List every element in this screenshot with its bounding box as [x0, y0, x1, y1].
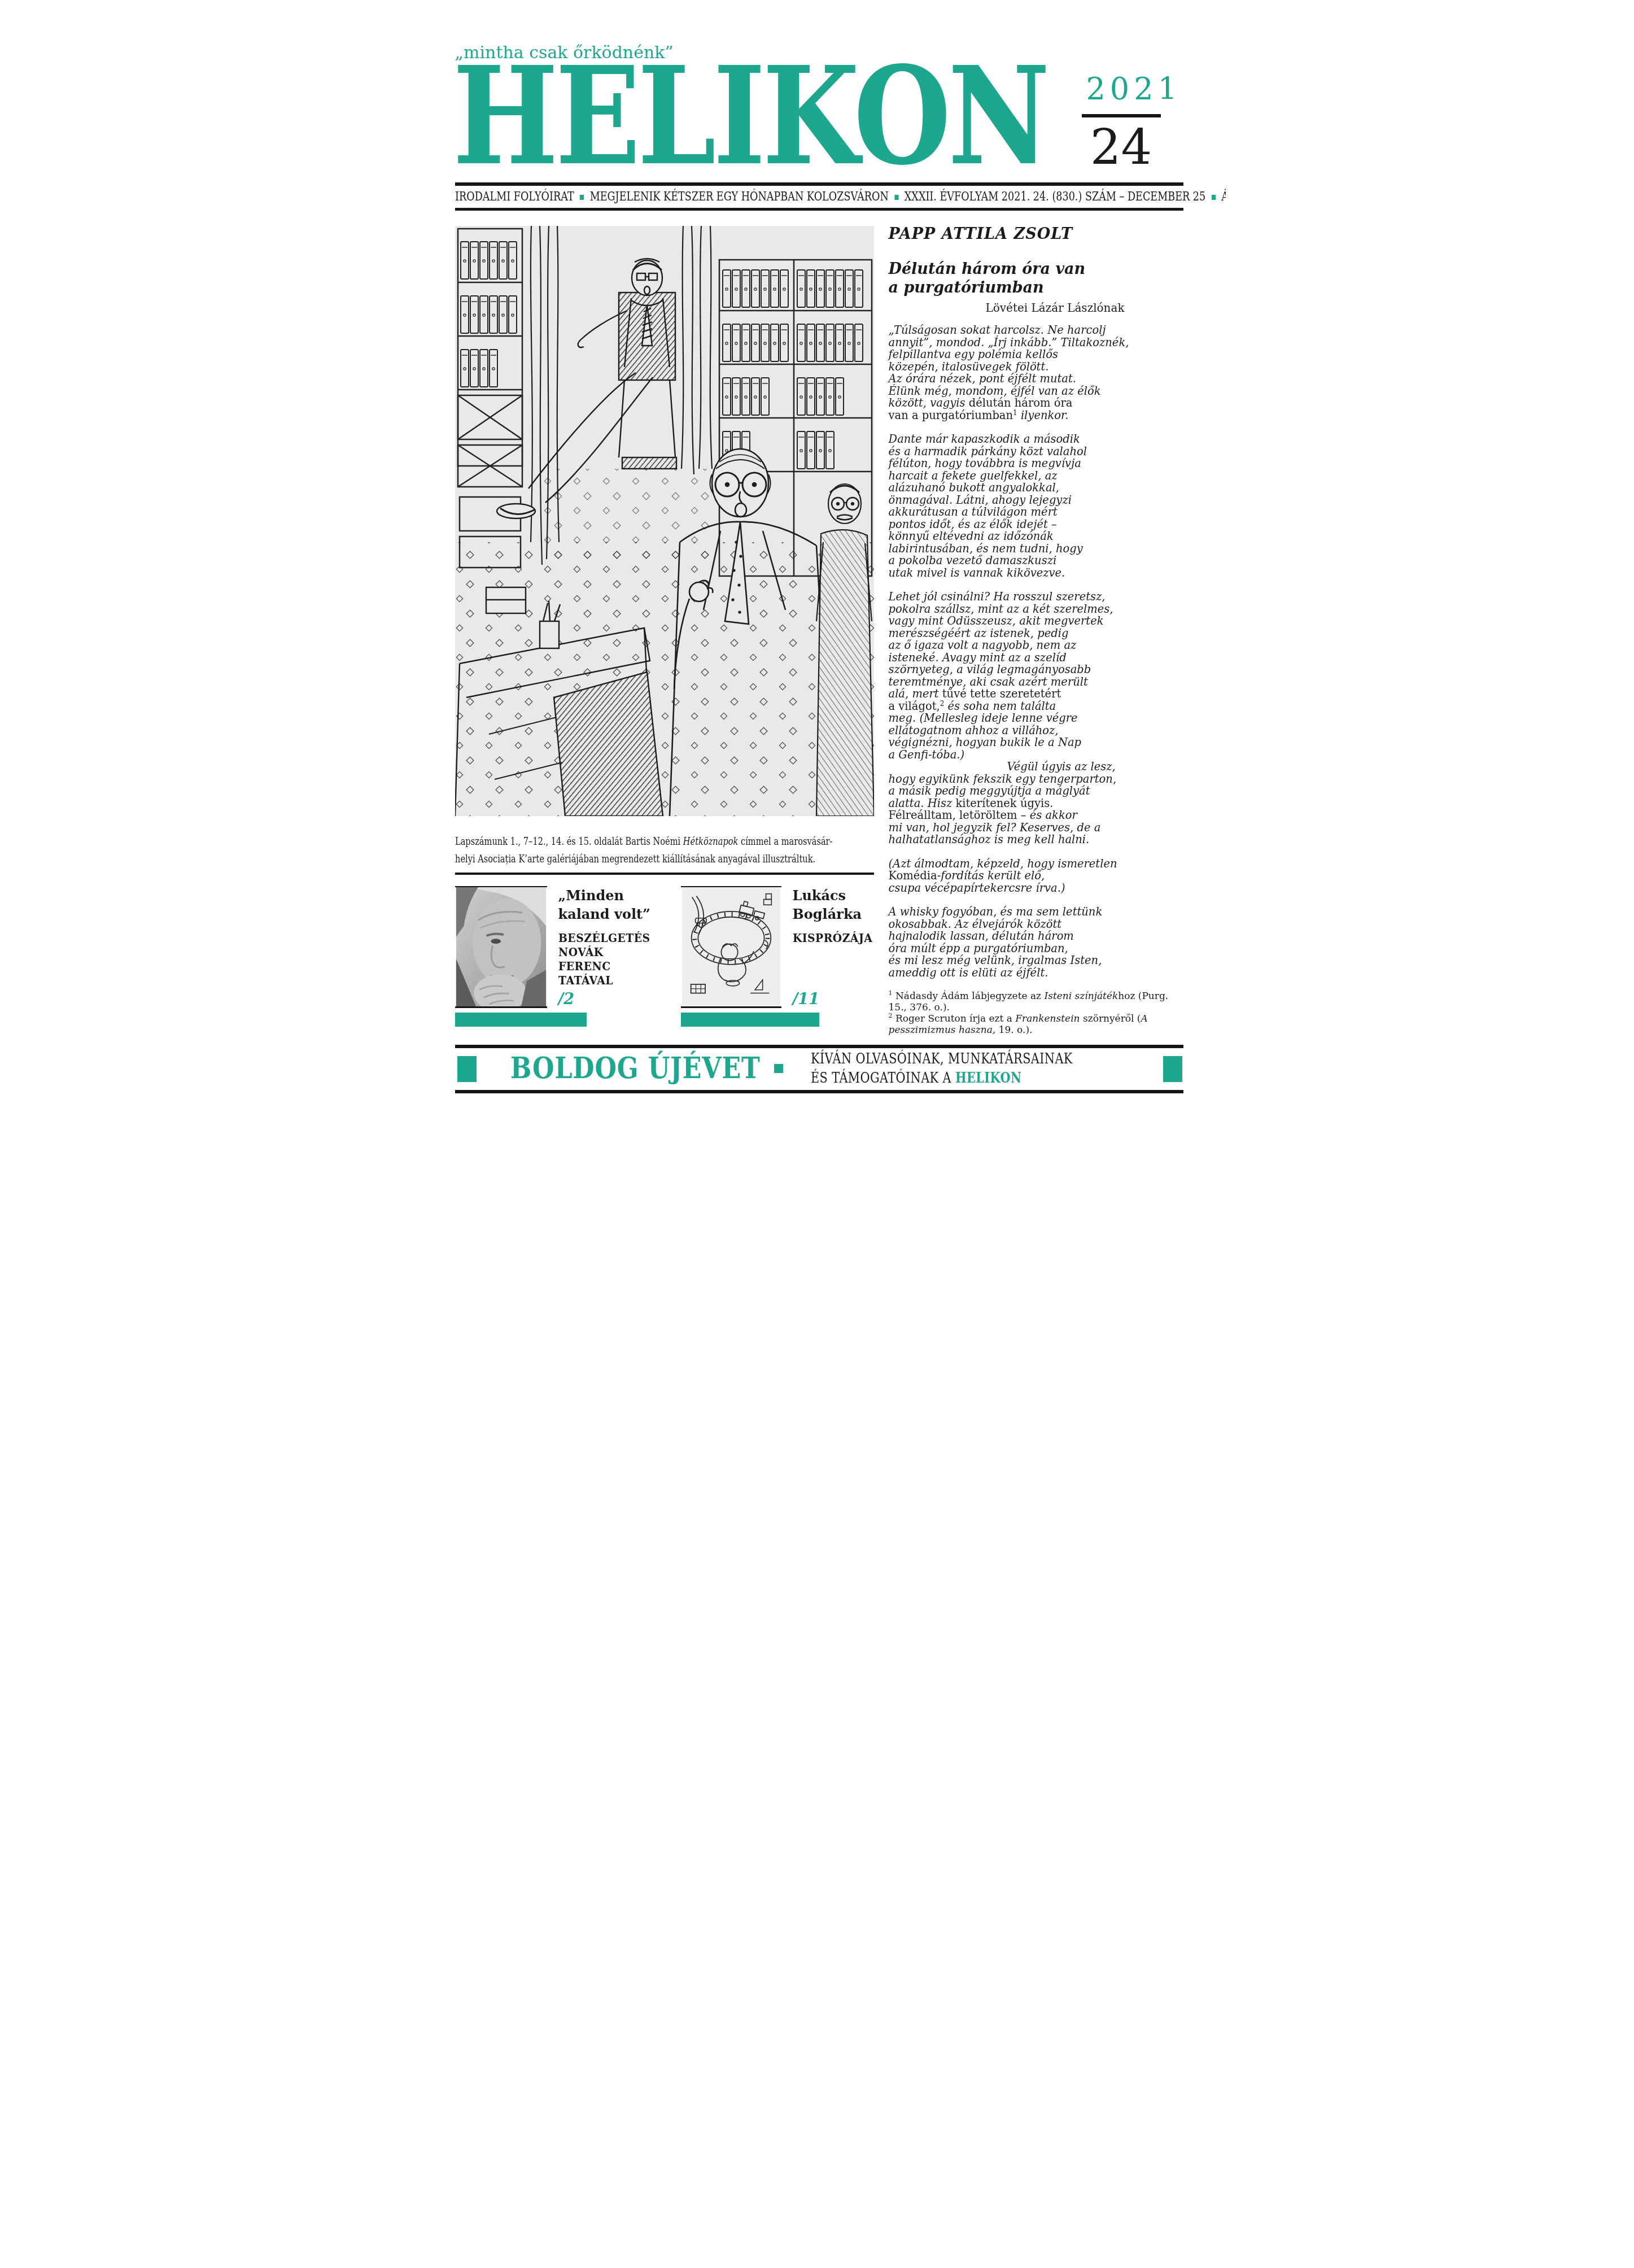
teaser-lukacs-page-ref: /11 — [793, 991, 877, 1008]
teaser-quote-line1: „Minden — [558, 886, 681, 905]
poem-line: a másik pedig meggyújtja a máglyát — [889, 785, 1183, 797]
poem-line: hajnalodik lassan, délután három — [889, 930, 1183, 943]
poem-line: mi van, hol jegyzik fel? Keserves, de a — [889, 822, 1183, 834]
poem-line: Végül úgyis az lesz, — [889, 761, 1183, 773]
poem-line: óra múlt épp a purgatóriumban, — [889, 943, 1183, 955]
teal-bars — [455, 1013, 874, 1027]
poem-line: közepén, italosüvegek fölött. — [889, 361, 1183, 373]
footer-message: KÍVÁN OLVASÓINAK, MUNKATÁRSAINAK ÉS TÁMO… — [811, 1049, 1138, 1088]
poem-line: A whisky fogyóban, és ma sem lettünk — [889, 906, 1183, 918]
poem: „Túlságosan sokat harcolsz. Ne harcoljan… — [889, 324, 1183, 979]
poem-line: között, vagyis délután három óra — [889, 397, 1183, 409]
teaser-novak-lines: BESZÉLGETÉSNOVÁKFERENCTATÁVAL — [558, 931, 681, 988]
poem-line: alá, mert tűvé tette szeretetért — [889, 688, 1183, 700]
separator-square-icon — [580, 195, 584, 200]
poem-line: okosabbak. Az élvejárók között — [889, 918, 1183, 931]
teaser-title-line: TATÁVAL — [558, 974, 674, 988]
teal-bar-gap — [587, 1013, 681, 1027]
portrait-photo — [455, 887, 547, 1006]
teaser-genre: KISPRÓZÁJA — [793, 931, 872, 945]
footer-brand: HELIKON — [955, 1070, 1021, 1087]
teaser-title-line: FERENC — [558, 959, 674, 974]
footer-accent-left — [457, 1056, 477, 1082]
teaser-lukacs-text: Lukács Boglárka KISPRÓZÁJA /11 — [781, 886, 877, 1008]
footer-bullet-icon — [774, 1064, 783, 1073]
teaser-quote-line2: kaland volt” — [558, 905, 681, 923]
footnote: 2 Roger Scruton írja ezt a Frankenstein … — [889, 1013, 1183, 1036]
teaser-title-line: NOVÁK — [558, 945, 674, 959]
poem-line: hogy egyikünk fekszik egy tengerparton, — [889, 773, 1183, 786]
footer-accent-right — [1163, 1056, 1182, 1082]
poem-line: önmagával. Látni, ahogy lejegyzi — [889, 494, 1183, 507]
issue-block: 2021 24 — [1082, 72, 1161, 172]
poem-line: pontos időt, és az élők idejét – — [889, 518, 1183, 531]
poem-line: halhatatlansághoz is meg kell halni. — [889, 834, 1183, 846]
teaser-novak-text: „Minden kaland volt” BESZÉLGETÉSNOVÁKFER… — [547, 886, 681, 1008]
poem-line: labirintusában, és nem tudni, hogy — [889, 543, 1183, 555]
teal-bar-right — [681, 1013, 819, 1027]
stanza: A whisky fogyóban, és ma sem lettünkokos… — [889, 906, 1183, 979]
poem-line: isteneké. Avagy mint az a szelíd — [889, 652, 1183, 664]
poem-line: utak mivel is vannak kikövezve. — [889, 567, 1183, 579]
article-author: PAPP ATTILA ZSOLT — [889, 226, 1183, 243]
poem-line: meg. (Mellesleg ideje lenne végre — [889, 712, 1183, 725]
poem-line: csupa vécépapírtekercsre írva.) — [889, 882, 1183, 895]
poem-line: ameddig ott is elüti az éjfélt. — [889, 967, 1183, 979]
stanza: Dante már kapaszkodik a másodikés a harm… — [889, 433, 1183, 579]
poem-line: és a harmadik párkány közt valahol — [889, 446, 1183, 458]
poem-line: a világot,2 és soha nem találta — [889, 700, 1183, 713]
teaser-title-line: BESZÉLGETÉS — [558, 931, 674, 945]
illustration-caption: Lapszámunk 1., 7–12., 14. és 15. oldalát… — [455, 833, 874, 868]
article-column: PAPP ATTILA ZSOLT Délután három óra van … — [889, 226, 1183, 1036]
footer-greeting: BOLDOG ÚJÉVET — [510, 1050, 761, 1087]
footer-rule-bottom — [455, 1090, 1183, 1093]
teaser-lukacs: Lukács Boglárka KISPRÓZÁJA /11 — [681, 886, 874, 1008]
poem-line: „Túlságosan sokat harcolsz. Ne harcolj — [889, 324, 1183, 337]
magazine-front-page: „mintha csak őrködnénk” HELIKON 2021 24 … — [409, 0, 1226, 1134]
poem-line: Élünk még, mondom, éjfél van az élők — [889, 385, 1183, 398]
footer: BOLDOG ÚJÉVET KÍVÁN OLVASÓINAK, MUNKATÁR… — [455, 1045, 1183, 1093]
issue-year: 2021 — [1082, 72, 1161, 106]
poem-line: pokolra szállsz, mint az a két szerelmes… — [889, 603, 1183, 616]
info-bar: IRODALMI FOLYÓIRATMEGJELENIK KÉTSZER EGY… — [455, 182, 1183, 211]
footer-message-line2: ÉS TÁMOGATÓINAK A HELIKON — [811, 1068, 1073, 1088]
poem-line: félúton, hogy továbbra is megvívja — [889, 457, 1183, 470]
footer-content: BOLDOG ÚJÉVET KÍVÁN OLVASÓINAK, MUNKATÁR… — [455, 1048, 1183, 1090]
footnote: 1 Nádasdy Ádám lábjegyzete az Isteni szí… — [889, 991, 1183, 1013]
poem-line: van a purgatóriumban1 ilyenkor. — [889, 409, 1183, 422]
left-column: Lapszámunk 1., 7–12., 14. és 15. oldalát… — [455, 226, 874, 1027]
teaser-novak-page-ref: /2 — [558, 991, 681, 1008]
caption-line-2: helyi Asociația K’arte galériájában megr… — [455, 851, 832, 868]
caption-divider — [455, 873, 874, 875]
teaser-name-line1: Lukács — [793, 886, 877, 905]
article-title: Délután három óra van a purgatóriumban — [889, 260, 1183, 297]
poem-line: harcait a fekete guelfekkel, az — [889, 470, 1183, 482]
masthead-title: HELIKON — [453, 50, 1169, 184]
poem-line: könnyű eltévedni az időzónák — [889, 530, 1183, 543]
footer-message-line1: KÍVÁN OLVASÓINAK, MUNKATÁRSAINAK — [811, 1049, 1073, 1068]
stanza: Lehet jól csinálni? Ha rosszul szeretsz,… — [889, 591, 1183, 846]
caption-line-1: Lapszámunk 1., 7–12., 14. és 15. oldalát… — [455, 833, 832, 851]
separator-square-icon — [894, 195, 898, 200]
poem-line: vagy mint Odüsszeusz, akit megvertek — [889, 615, 1183, 627]
poem-line: Az órára nézek, pont éjfélt mutat. — [889, 373, 1183, 385]
poem-line: merészségéért az istenek, pedig — [889, 627, 1183, 640]
issue-number: 24 — [1082, 123, 1161, 172]
poem-line: a Genfi-tóba.) — [889, 749, 1183, 761]
teaser-photo-novak — [455, 886, 547, 1008]
poem-line: akkurátusan a túlvilágon mért — [889, 506, 1183, 518]
issue-divider — [1082, 114, 1161, 117]
poem-line: (Azt álmodtam, képzeld, hogy ismeretlen — [889, 858, 1183, 870]
poem-line: annyit”, mondod. „Írj inkább.” Tiltakozn… — [889, 337, 1183, 349]
article-title-line1: Délután három óra van — [889, 260, 1183, 278]
teaser-drawing-lukacs — [681, 886, 781, 1008]
toy-train-drawing — [681, 887, 781, 1006]
poem-line: alatta. Hisz kiterítenek úgyis. — [889, 797, 1183, 810]
article-title-line2: a purgatóriumban — [889, 278, 1183, 297]
article-dedication: Lövétei Lázár Lászlónak — [986, 300, 1183, 315]
poem-line: Komédia-fordítás került elő, — [889, 870, 1183, 882]
teaser-novak: „Minden kaland volt” BESZÉLGETÉSNOVÁKFER… — [455, 886, 681, 1008]
poem-line: Félreálltam, letöröltem – és akkor — [889, 809, 1183, 822]
footnotes: 1 Nádasdy Ádám lábjegyzete az Isteni szí… — [889, 991, 1183, 1036]
teaser-name-line2: Boglárka — [793, 905, 877, 923]
poem-line: Lehet jól csinálni? Ha rosszul szeretsz, — [889, 591, 1183, 603]
info-line: IRODALMI FOLYÓIRATMEGJELENIK KÉTSZER EGY… — [455, 186, 1038, 208]
teaser-row: „Minden kaland volt” BESZÉLGETÉSNOVÁKFER… — [455, 886, 874, 1008]
info-rule-bottom — [455, 208, 1183, 211]
stanza: (Azt álmodtam, képzeld, hogy ismeretlenK… — [889, 858, 1183, 895]
separator-square-icon — [1211, 195, 1215, 200]
poem-line: az ő igaza volt a nagyobb, nem az — [889, 639, 1183, 652]
poem-line: és mi lesz még velünk, irgalmas Isten, — [889, 954, 1183, 967]
poem-line: Dante már kapaszkodik a második — [889, 433, 1183, 446]
poem-line: alázuhanó bukott angyalokkal, — [889, 482, 1183, 494]
teal-bar-left — [455, 1013, 587, 1027]
stanza: „Túlságosan sokat harcolsz. Ne harcoljan… — [889, 324, 1183, 421]
poem-line: felpillantva egy polémia kellős — [889, 348, 1183, 361]
poem-line: ellátogatnom ahhoz a villához, — [889, 725, 1183, 737]
poem-line: szörnyeteg, a világ legmagányosabb — [889, 664, 1183, 676]
poem-line: végignézni, hogyan bukik le a Nap — [889, 736, 1183, 749]
poem-line: a pokolba vezető damaszkuszi — [889, 555, 1183, 567]
cover-illustration — [455, 226, 874, 816]
poem-line: teremtménye, aki csak azért merült — [889, 676, 1183, 688]
